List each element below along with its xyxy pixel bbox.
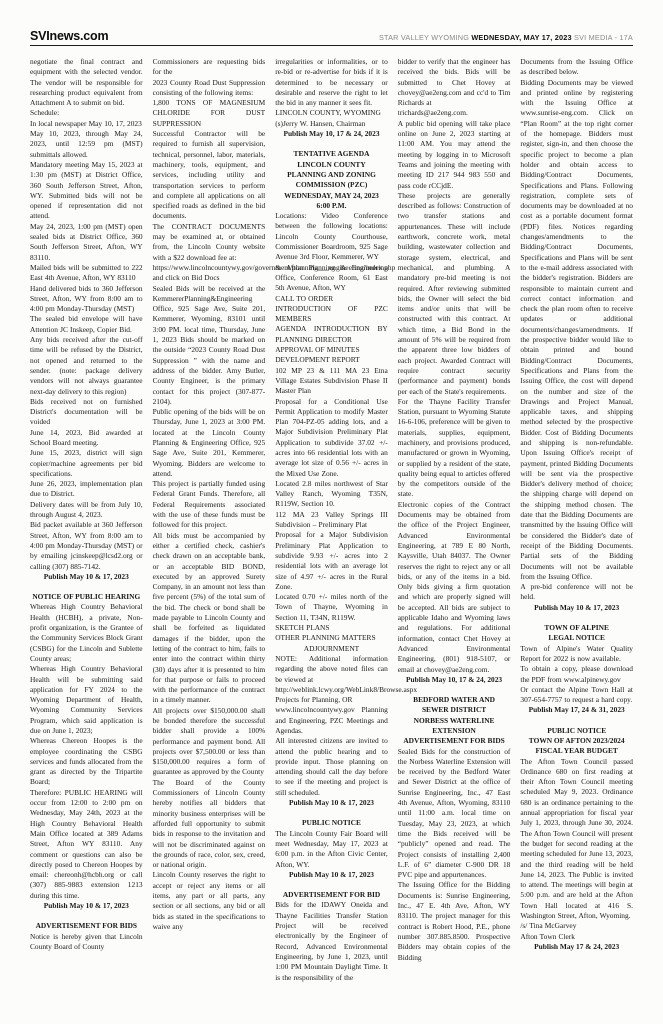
newspaper-page: SVInews.com STAR VALLEY WYOMING WEDNESDA… — [0, 0, 663, 1024]
masthead: SVInews.com STAR VALLEY WYOMING WEDNESDA… — [30, 29, 633, 46]
notice-paragraph: Proposal for a Major Subdivision Prelimi… — [275, 530, 388, 592]
notice-paragraph: Located 0.70 +/- miles north of the Town… — [275, 592, 388, 623]
notice-paragraph: Whereas High Country Behavioral Health (… — [30, 602, 143, 664]
notice-paragraph: negotiate the final contract and equipme… — [30, 57, 143, 108]
notice-column-5: Documents from the Issuing Office as des… — [520, 57, 633, 1017]
notice-paragraph: AGENDA INTRODUCTION BY PLANNING DIRECTOR — [275, 324, 388, 345]
notice-paragraph: Or contact the Alpine Town Hall at 307-6… — [520, 685, 633, 706]
notice-paragraph: irregularities or informalities, or to r… — [275, 57, 388, 108]
notice-paragraph: May 24, 2023, 1:00 pm (MST) open sealed … — [30, 222, 143, 263]
site-brand: SVInews.com — [30, 29, 108, 43]
publish-line: Publish May 10 & 17, 2023 — [275, 870, 388, 880]
notice-paragraph: DEVELOPMENT REPORT — [275, 355, 388, 365]
page-info-location: STAR VALLEY WYOMING — [379, 33, 471, 42]
notice-paragraph: A pre-bid conference will not be held. — [520, 582, 633, 603]
notice-paragraph: For the Thayne Facility Transfer Station… — [398, 397, 511, 500]
notice-paragraph: Mandatory meeting May 15, 2023 at 1:30 p… — [30, 160, 143, 222]
notice-paragraph: Electronic copies of the Contract Docume… — [398, 500, 511, 675]
notice-paragraph: www.lincolncountywy.gov Planning and Eng… — [275, 705, 388, 736]
notice-paragraph: 102 MP 23 & 111 MA 23 Etna Village Estat… — [275, 366, 388, 397]
notice-heading: ADVERTISEMENT FOR BIDS — [30, 921, 143, 931]
notice-paragraph: Afton Town Clerk — [520, 932, 633, 942]
page-info: STAR VALLEY WYOMING WEDNESDAY, MAY 17, 2… — [379, 33, 633, 42]
notice-paragraph: Successful Contractor will be required t… — [153, 129, 266, 222]
publish-line: Publish May 10 & 17, 2023 — [520, 603, 633, 613]
notice-paragraph: Notice is hereby given that Lincoln Coun… — [30, 932, 143, 953]
notice-paragraph: NOTE: Additional information regarding t… — [275, 654, 388, 685]
notice-heading: ADVERTISEMENT FOR BID — [275, 890, 388, 900]
notice-paragraph: Delivery dates will be from July 10, thr… — [30, 500, 143, 521]
notice-paragraph: These projects are generally described a… — [398, 191, 511, 397]
legal-notices-body: negotiate the final contract and equipme… — [30, 57, 633, 1017]
notice-paragraph: The sealed bid envelope will have Attent… — [30, 314, 143, 335]
notice-paragraph: To obtain a copy, please download the PD… — [520, 664, 633, 685]
notice-paragraph: This project is partially funded using F… — [153, 479, 266, 530]
notice-paragraph: Schedule: — [30, 108, 143, 118]
notice-paragraph: The Lincoln County Fair Board will meet … — [275, 829, 388, 870]
notice-paragraph: The CONTRACT DOCUMENTS may be examined a… — [153, 222, 266, 263]
notice-paragraph: Whereas High Country Behavioral Health w… — [30, 664, 143, 736]
notice-paragraph: Whereas Chereon Hoopes is the employee c… — [30, 736, 143, 787]
notice-paragraph: /s/ Tina McGarvey — [520, 921, 633, 931]
notice-paragraph: A public bid opening will take place onl… — [398, 119, 511, 191]
notice-paragraph: INTRODUCTION OF PZC MEMBERS — [275, 304, 388, 325]
notice-paragraph: CALL TO ORDER — [275, 294, 388, 304]
notice-paragraph: Locations: Video Conference between the … — [275, 211, 388, 262]
publish-line: Publish May 10, 17 & 24, 2023 — [398, 675, 511, 685]
notice-paragraph: 112 MA 23 Valley Springs III Subdivision… — [275, 510, 388, 531]
publish-line: Publish May 10, 17 & 24, 2023 — [275, 129, 388, 139]
notice-paragraph: All interested citizens are invited to a… — [275, 736, 388, 798]
publish-line: Publish May 10 & 17, 2023 — [30, 901, 143, 911]
notice-paragraph: All bids must be accompanied by either a… — [153, 531, 266, 706]
page-info-edition: SVI MEDIA - 17A — [572, 33, 633, 42]
publish-line: Publish May 17 & 24, 2023 — [520, 942, 633, 952]
notice-paragraph: Bids received not on furnished District'… — [30, 397, 143, 428]
notice-paragraph: (s)Jerry W. Hansen, Chairman — [275, 119, 388, 129]
notice-paragraph: The Afton Town Council passed Ordinance … — [520, 757, 633, 922]
notice-paragraph: bidder to verify that the engineer has r… — [398, 57, 511, 108]
notice-paragraph: Sealed Bids will be received at the Kemm… — [153, 284, 266, 408]
page-info-date: WEDNESDAY, MAY 17, 2023 — [471, 33, 571, 42]
notice-paragraph: Mailed bids will be submitted to 222 Eas… — [30, 263, 143, 284]
notice-paragraph: Hand delivered bids to 360 Jefferson Str… — [30, 284, 143, 315]
notice-column-4: bidder to verify that the engineer has r… — [398, 57, 511, 1017]
notice-paragraph: Lincoln County reserves the right to acc… — [153, 870, 266, 932]
notice-paragraph: Sealed Bids for the construction of the … — [398, 747, 511, 881]
notice-paragraph: 2023 County Road Dust Suppression consis… — [153, 78, 266, 99]
notice-heading: NOTICE OF PUBLIC HEARING — [30, 592, 143, 602]
notice-column-1: negotiate the final contract and equipme… — [30, 57, 143, 1017]
notice-paragraph: The Board of the County Commissioners of… — [153, 778, 266, 871]
notice-heading: TENTATIVE AGENDA LINCOLN COUNTY PLANNING… — [275, 149, 388, 211]
notice-paragraph: All projects over $150,000.00 shall be b… — [153, 706, 266, 778]
notice-paragraph: & Afton Planning & Engineering Office, C… — [275, 263, 388, 294]
notice-paragraph: In local newspaper May 10, 17, 2023 — [30, 119, 143, 129]
notice-heading: TOWN OF ALPINE LEGAL NOTICE — [520, 623, 633, 644]
notice-paragraph: June 15, 2023, district will sign copier… — [30, 448, 143, 479]
notice-paragraph: Bids for the IDAWY Oneida and Thayne Fac… — [275, 900, 388, 982]
notice-paragraph: OTHER PLANNING MATTERS — [275, 633, 388, 643]
publish-line: Publish May 17, 24 & 31, 2023 — [520, 705, 633, 715]
notice-heading: PUBLIC NOTICE — [275, 818, 388, 828]
notice-column-3: irregularities or informalities, or to r… — [275, 57, 388, 1017]
notice-paragraph: Public opening of the bids will be on Th… — [153, 407, 266, 479]
publish-line: Publish May 10 & 17, 2023 — [30, 572, 143, 582]
notice-paragraph: June 14, 2023, Bid awarded at School Boa… — [30, 428, 143, 449]
notice-paragraph: May 10, 2023, through May 24, 2023, unti… — [30, 129, 143, 160]
notice-paragraph: Proposal for a Conditional Use Permit Ap… — [275, 397, 388, 479]
notice-paragraph: Bid packet available at 360 Jefferson St… — [30, 520, 143, 571]
notice-paragraph: trichards@ae2eng.com. — [398, 108, 511, 118]
notice-paragraph: APPROVAL OF MINUTES — [275, 345, 388, 355]
notice-paragraph: 1,800 TONS OF MAGNESIUM CHLORIDE FOR DUS… — [153, 98, 266, 129]
notice-paragraph: Any bids received after the cut-off time… — [30, 335, 143, 397]
publish-line: Publish May 10 & 17, 2023 — [275, 798, 388, 808]
notice-paragraph: Therefore: PUBLIC HEARING will occur fro… — [30, 788, 143, 901]
notice-paragraph: Documents from the Issuing Office as des… — [520, 57, 633, 78]
notice-paragraph: June 26, 2023, implementation plan due t… — [30, 479, 143, 500]
notice-paragraph: SKETCH PLANS — [275, 623, 388, 633]
notice-paragraph: Town of Alpine's Water Quality Report fo… — [520, 644, 633, 665]
notice-paragraph: https://www.lincolncountywy.gov/governme… — [153, 263, 266, 284]
notice-paragraph: LINCOLN COUNTY, WYOMING — [275, 108, 388, 118]
notice-paragraph: The Issuing Office for the Bidding Docum… — [398, 880, 511, 962]
notice-paragraph: Commissioners are requesting bids for th… — [153, 57, 266, 78]
notice-heading: PUBLIC NOTICE TOWN OF AFTON 2023/2024 FI… — [520, 726, 633, 757]
notice-column-2: Commissioners are requesting bids for th… — [153, 57, 266, 1017]
notice-heading: BEDFORD WATER AND SEWER DISTRICT NORBESS… — [398, 695, 511, 746]
notice-paragraph: Located 2.8 miles northwest of Star Vall… — [275, 479, 388, 510]
notice-paragraph: http://weblink.lcwy.org/WebLink8/Browse.… — [275, 685, 388, 706]
notice-paragraph: Bidding Documents may be viewed and prin… — [520, 78, 633, 583]
notice-paragraph: ADJOURNMENT — [275, 644, 388, 654]
